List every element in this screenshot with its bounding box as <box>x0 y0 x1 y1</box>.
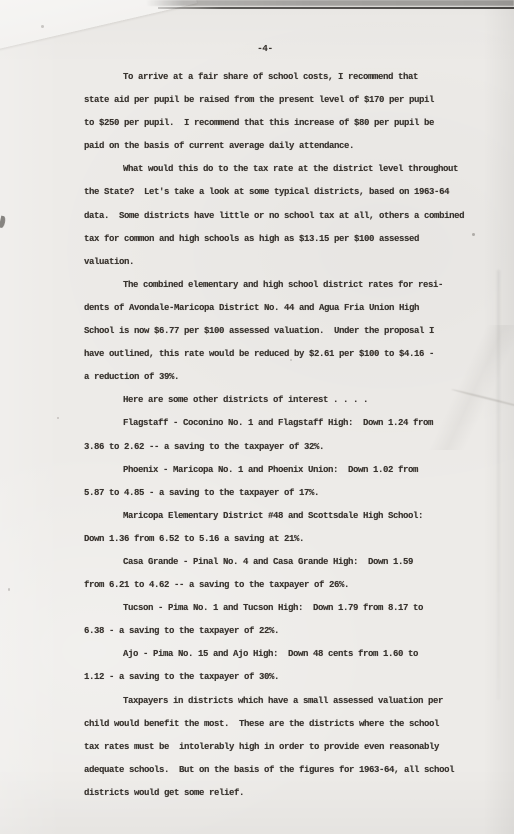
text-line: have outlined, this rate would be reduce… <box>84 343 468 366</box>
text-line: Ajo - Pima No. 15 and Ajo High: Down 48 … <box>84 643 468 666</box>
text-line: School is now $6.77 per $100 assessed va… <box>84 320 468 343</box>
text-line: tax rates must be intolerably high in or… <box>84 736 468 759</box>
text-line: Tucson - Pima No. 1 and Tucson High: Dow… <box>84 597 468 620</box>
document-body: To arrive at a fair share of school cost… <box>84 66 468 805</box>
text-line: 1.12 - a saving to the taxpayer of 30%. <box>84 666 468 689</box>
text-line: adequate schools. But on the basis of th… <box>84 759 468 782</box>
text-line: Here are some other districts of interes… <box>84 389 468 412</box>
text-line: 6.38 - a saving to the taxpayer of 22%. <box>84 620 468 643</box>
scanner-edge-smudge <box>146 0 514 6</box>
text-line: 3.86 to 2.62 -- a saving to the taxpayer… <box>84 436 468 459</box>
left-edge-ink-mark <box>0 216 6 229</box>
text-line: What would this do to the tax rate at th… <box>84 158 468 181</box>
text-line: Flagstaff - Coconino No. 1 and Flagstaff… <box>84 412 468 435</box>
paper-speck <box>472 233 475 236</box>
text-line: Maricopa Elementary District #48 and Sco… <box>84 505 468 528</box>
text-line: a reduction of 39%. <box>84 366 468 389</box>
paper-speck <box>8 588 10 591</box>
text-line: child would benefit the most. These are … <box>84 713 468 736</box>
text-line: to $250 per pupil. I recommend that this… <box>84 112 468 135</box>
text-line: dents of Avondale-Maricopa District No. … <box>84 297 468 320</box>
text-line: 5.87 to 4.85 - a saving to the taxpayer … <box>84 482 468 505</box>
paper-speck <box>57 417 59 419</box>
text-line: Down 1.36 from 6.52 to 5.16 a saving at … <box>84 528 468 551</box>
text-line: Taxpayers in districts which have a smal… <box>84 690 468 713</box>
paper-speck <box>41 25 44 28</box>
text-line: valuation. <box>84 251 468 274</box>
page-number: -4- <box>84 44 446 54</box>
scanner-edge-line <box>158 7 514 9</box>
scanned-page: -4- To arrive at a fair share of school … <box>0 0 514 834</box>
text-line: The combined elementary and high school … <box>84 274 468 297</box>
text-line: paid on the basis of current average dai… <box>84 135 468 158</box>
text-line: from 6.21 to 4.62 -- a saving to the tax… <box>84 574 468 597</box>
text-line: districts would get some relief. <box>84 782 468 805</box>
text-line: the State? Let's take a look at some typ… <box>84 181 468 204</box>
text-line: To arrive at a fair share of school cost… <box>84 66 468 89</box>
text-line: tax for common and high schools as high … <box>84 228 468 251</box>
text-line: data. Some districts have little or no s… <box>84 205 468 228</box>
text-line: Phoenix - Maricopa No. 1 and Phoenix Uni… <box>84 459 468 482</box>
text-line: state aid per pupil be raised from the p… <box>84 89 468 112</box>
text-line: Casa Grande - Pinal No. 4 and Casa Grand… <box>84 551 468 574</box>
